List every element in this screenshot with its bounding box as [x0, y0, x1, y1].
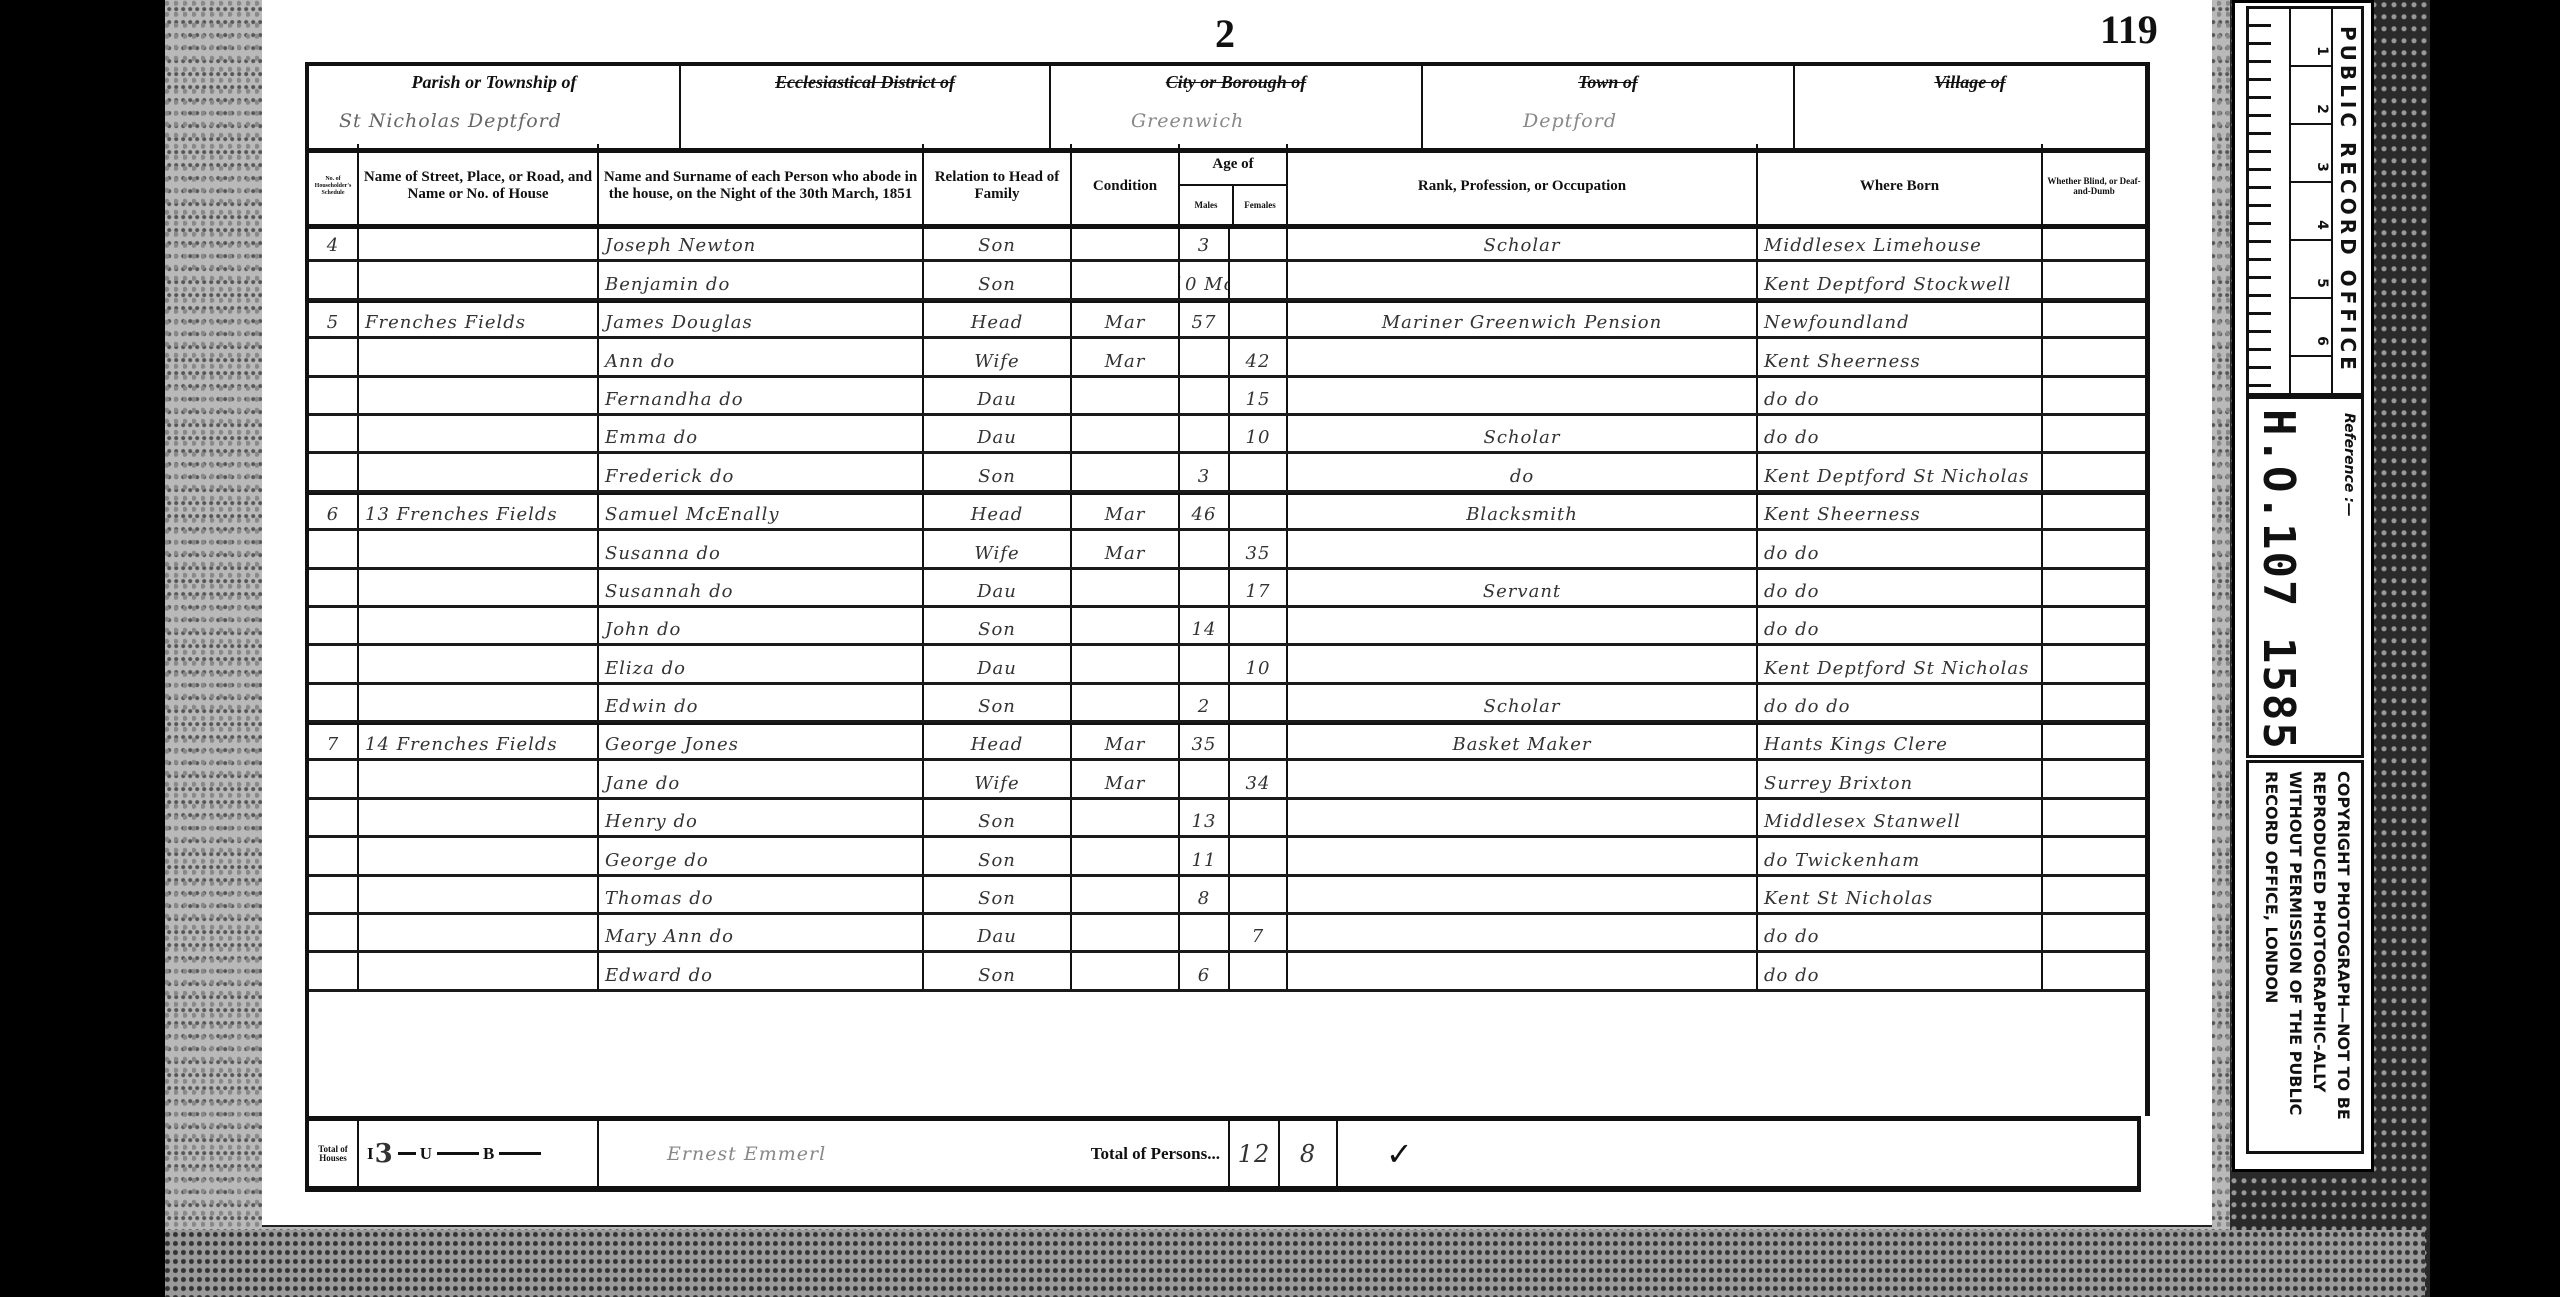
cell-name: Mary Ann do [599, 915, 924, 950]
cell-street [359, 877, 599, 912]
col-blind: Whether Blind, or Deaf-and-Dumb [2043, 144, 2145, 224]
cell-relation: Son [924, 877, 1072, 912]
col-schedule: No. of Householder's Schedule [309, 144, 359, 224]
cell-occupation [1288, 953, 1758, 988]
cell-male-age [1180, 761, 1230, 796]
entry-where-born: Kent Deptford Stockwell [1764, 274, 2011, 295]
cell-street: 14 Frenches Fields [359, 725, 599, 758]
persons-label-cell: Ernest Emmerl Total of Persons... [599, 1121, 1230, 1186]
cell-name: Susanna do [599, 531, 924, 566]
cell-female-age [1230, 608, 1288, 643]
table-row: Edwin do Son 2 Scholar do do do [309, 685, 2145, 723]
cell-occupation: do [1288, 454, 1758, 489]
entry-male-age: 6 [1198, 965, 1210, 986]
entry-male-age: 10 Mo [1180, 274, 1230, 295]
cell-schedule [309, 608, 359, 643]
cell-male-age: 13 [1180, 800, 1230, 835]
parish-label: Parish or Township of [309, 66, 679, 93]
cell-condition [1072, 608, 1180, 643]
entry-male-age: 11 [1192, 850, 1217, 871]
cell-relation: Head [924, 725, 1072, 758]
entry-occupation: Blacksmith [1466, 504, 1578, 525]
cell-schedule [309, 953, 359, 988]
entry-relation: Son [978, 888, 1016, 909]
table-row: 4 Joseph Newton Son 3 Scholar Middlesex … [309, 224, 2145, 262]
entry-relation: Son [978, 235, 1016, 256]
table-row: Ann do Wife Mar 42 Kent Sheerness [309, 339, 2145, 377]
eccl-district-label: Ecclesiastical District of [681, 66, 1049, 93]
entry-name: George do [605, 850, 709, 871]
entry-name: Edward do [605, 965, 713, 986]
cell-street [359, 454, 599, 489]
cell-relation: Son [924, 454, 1072, 489]
entry-male-age: 2 [1198, 696, 1210, 717]
cell-name: Susannah do [599, 570, 924, 605]
cell-female-age [1230, 838, 1288, 873]
cell-condition [1072, 454, 1180, 489]
town-field: Town of Deptford [1423, 66, 1795, 148]
location-header: Parish or Township of St Nicholas Deptfo… [305, 62, 2150, 153]
entry-relation: Wife [974, 543, 1019, 564]
cell-occupation [1288, 800, 1758, 835]
entry-where-born: do do [1764, 427, 1819, 448]
cell-where-born: Kent Deptford Stockwell [1758, 262, 2043, 297]
cell-relation: Wife [924, 531, 1072, 566]
entry-name: Thomas do [605, 888, 714, 909]
entry-occupation: Servant [1483, 581, 1561, 602]
entry-name: Jane do [605, 773, 680, 794]
houses-label-cell: Total of Houses [309, 1121, 359, 1186]
cell-relation: Son [924, 953, 1072, 988]
cell-occupation: Basket Maker [1288, 725, 1758, 758]
total-males: 12 [1238, 1140, 1271, 1168]
building-count [499, 1152, 541, 1155]
entry-male-age: 46 [1192, 504, 1217, 525]
entry-name: John do [605, 619, 681, 640]
cell-schedule [309, 646, 359, 681]
cell-street [359, 262, 599, 297]
cell-street [359, 915, 599, 950]
cell-occupation [1288, 339, 1758, 374]
entry-occupation: Scholar [1484, 427, 1561, 448]
cell-male-age [1180, 646, 1230, 681]
cell-blind [2043, 953, 2145, 988]
entry-where-born: Kent Deptford St Nicholas [1764, 466, 2029, 487]
table-row: Mary Ann do Dau 7 do do [309, 915, 2145, 953]
cell-blind [2043, 877, 2145, 912]
entry-relation: Head [971, 734, 1024, 755]
entry-name: Joseph Newton [605, 235, 756, 256]
table-row: Edward do Son 6 do do [309, 953, 2145, 991]
col-condition: Condition [1072, 144, 1180, 224]
total-females: 8 [1300, 1140, 1316, 1168]
cell-blind [2043, 495, 2145, 528]
cell-name: Frederick do [599, 454, 924, 489]
entry-relation: Son [978, 466, 1016, 487]
cell-blind [2043, 224, 2145, 259]
entry-relation: Son [978, 274, 1016, 295]
cell-relation: Son [924, 800, 1072, 835]
uninhabited-count [437, 1152, 479, 1155]
folio-number: 119 [2100, 6, 2158, 53]
cell-schedule: 4 [309, 224, 359, 259]
parish-value: St Nicholas Deptford [339, 110, 562, 132]
cell-occupation [1288, 646, 1758, 681]
cell-schedule: 6 [309, 495, 359, 528]
cell-street [359, 378, 599, 413]
cell-female-age: 42 [1230, 339, 1288, 374]
entry-relation: Son [978, 619, 1016, 640]
entry-where-born: Surrey Brixton [1764, 773, 1913, 794]
table-row: Fernandha do Dau 15 do do [309, 378, 2145, 416]
table-row: Eliza do Dau 10 Kent Deptford St Nichola… [309, 646, 2145, 684]
cell-relation: Dau [924, 378, 1072, 413]
entry-where-born: do do [1764, 581, 1819, 602]
cell-schedule: 7 [309, 725, 359, 758]
entry-where-born: do do [1764, 965, 1819, 986]
cell-schedule [309, 685, 359, 720]
cell-where-born: do do [1758, 915, 2043, 950]
cell-female-age [1230, 262, 1288, 297]
cell-street [359, 838, 599, 873]
total-males-cell: 12 [1230, 1121, 1280, 1186]
col-where-born: Where Born [1758, 144, 2043, 224]
copyright-box: COPYRIGHT PHOTOGRAPH—NOT TO BE REPRODUCE… [2246, 760, 2364, 1154]
pro-office-title: PUBLIC RECORD OFFICE [2333, 15, 2363, 385]
cell-where-born: Hants Kings Clere [1758, 725, 2043, 758]
entry-where-born: do do [1764, 389, 1819, 410]
cell-female-age: 17 [1230, 570, 1288, 605]
entry-relation: Dau [977, 581, 1017, 602]
col-occupation: Rank, Profession, or Occupation [1288, 144, 1758, 224]
cell-occupation: Blacksmith [1288, 495, 1758, 528]
entry-female-age: 15 [1246, 389, 1271, 410]
persons-label: Total of Persons... [1091, 1144, 1220, 1164]
entry-male-age: 8 [1198, 888, 1210, 909]
entry-relation: Head [971, 312, 1024, 333]
cell-where-born: Surrey Brixton [1758, 761, 2043, 796]
cell-condition [1072, 915, 1180, 950]
cell-name: Benjamin do [599, 262, 924, 297]
entry-male-age: 14 [1192, 619, 1217, 640]
cell-name: John do [599, 608, 924, 643]
cell-schedule [309, 262, 359, 297]
entry-relation: Dau [977, 926, 1017, 947]
cell-where-born: do do [1758, 570, 2043, 605]
entry-condition: Mar [1105, 543, 1146, 564]
cell-blind [2043, 303, 2145, 336]
town-label: Town of [1423, 66, 1793, 93]
entry-condition: Mar [1105, 504, 1146, 525]
table-row: Susannah do Dau 17 Servant do do [309, 570, 2145, 608]
cell-name: Ann do [599, 339, 924, 374]
entry-name: James Douglas [605, 312, 753, 333]
cell-schedule [309, 531, 359, 566]
entry-name: Emma do [605, 427, 698, 448]
entry-relation: Head [971, 504, 1024, 525]
cell-relation: Son [924, 608, 1072, 643]
borough-label: City or Borough of [1051, 66, 1421, 93]
cell-condition [1072, 570, 1180, 605]
cell-street [359, 224, 599, 259]
cell-relation: Dau [924, 416, 1072, 451]
enumerator-note: Ernest Emmerl [667, 1143, 826, 1165]
cell-male-age: 14 [1180, 608, 1230, 643]
cell-relation: Dau [924, 915, 1072, 950]
cell-blind [2043, 725, 2145, 758]
cell-where-born: do do [1758, 531, 2043, 566]
cell-female-age: 15 [1230, 378, 1288, 413]
cell-male-age: 57 [1180, 303, 1230, 336]
cell-name: Jane do [599, 761, 924, 796]
cell-relation: Son [924, 838, 1072, 873]
entry-relation: Son [978, 850, 1016, 871]
cell-relation: Head [924, 303, 1072, 336]
reference-caption: Reference :— [2341, 413, 2357, 517]
entry-condition: Mar [1105, 734, 1146, 755]
cell-occupation: Mariner Greenwich Pension [1288, 303, 1758, 336]
entry-female-age: 34 [1246, 773, 1271, 794]
col-street: Name of Street, Place, or Road, and Name… [359, 144, 599, 224]
entry-schedule: 5 [327, 312, 339, 333]
entry-where-born: Middlesex Stanwell [1764, 811, 1961, 832]
cell-blind [2043, 608, 2145, 643]
cell-street [359, 646, 599, 681]
cell-blind [2043, 454, 2145, 489]
borough-field: City or Borough of Greenwich [1051, 66, 1423, 148]
cell-name: Edwin do [599, 685, 924, 720]
entry-street: 14 Frenches Fields [365, 734, 558, 755]
cell-condition [1072, 800, 1180, 835]
cell-schedule [309, 416, 359, 451]
cell-street [359, 531, 599, 566]
cell-condition: Mar [1072, 531, 1180, 566]
cell-blind [2043, 915, 2145, 950]
cell-male-age [1180, 531, 1230, 566]
entry-male-age: 3 [1198, 235, 1210, 256]
table-row: John do Son 14 do do [309, 608, 2145, 646]
entry-female-age: 10 [1246, 658, 1271, 679]
entry-male-age: 13 [1192, 811, 1217, 832]
cell-female-age [1230, 454, 1288, 489]
village-label: Village of [1795, 66, 2145, 93]
cell-occupation [1288, 608, 1758, 643]
cell-occupation: Scholar [1288, 685, 1758, 720]
cell-where-born: Newfoundland [1758, 303, 2043, 336]
table-row: Thomas do Son 8 Kent St Nicholas [309, 877, 2145, 915]
cell-name: Thomas do [599, 877, 924, 912]
cell-where-born: do Twickenham [1758, 838, 2043, 873]
cell-occupation [1288, 531, 1758, 566]
cell-female-age [1230, 303, 1288, 336]
cell-schedule [309, 339, 359, 374]
cell-condition [1072, 877, 1180, 912]
cell-male-age [1180, 915, 1230, 950]
entry-name: Ann do [605, 351, 675, 372]
cell-condition [1072, 224, 1180, 259]
entry-male-age: 3 [1198, 466, 1210, 487]
entry-male-age: 57 [1192, 312, 1217, 333]
cell-blind [2043, 531, 2145, 566]
cell-where-born: do do [1758, 953, 2043, 988]
cell-street: Frenches Fields [359, 303, 599, 336]
cell-occupation: Scholar [1288, 416, 1758, 451]
cell-relation: Son [924, 224, 1072, 259]
entry-occupation: Scholar [1484, 696, 1561, 717]
cell-male-age: 6 [1180, 953, 1230, 988]
cell-street [359, 953, 599, 988]
table-row: Henry do Son 13 Middlesex Stanwell [309, 800, 2145, 838]
cell-schedule [309, 800, 359, 835]
table-row: 5 Frenches Fields James Douglas Head Mar… [309, 301, 2145, 339]
cell-where-born: Kent Deptford St Nicholas [1758, 454, 2043, 489]
cell-relation: Son [924, 262, 1072, 297]
entry-female-age: 35 [1246, 543, 1271, 564]
cell-where-born: do do [1758, 378, 2043, 413]
table-row: Emma do Dau 10 Scholar do do [309, 416, 2145, 454]
entry-female-age: 10 [1246, 427, 1271, 448]
entry-where-born: do do [1764, 619, 1819, 640]
cell-occupation: Servant [1288, 570, 1758, 605]
cell-name: James Douglas [599, 303, 924, 336]
cell-street [359, 800, 599, 835]
entry-occupation: Mariner Greenwich Pension [1382, 312, 1663, 333]
cell-condition: Mar [1072, 725, 1180, 758]
table-row: George do Son 11 do Twickenham [309, 838, 2145, 876]
cell-female-age: 10 [1230, 416, 1288, 451]
cell-schedule [309, 378, 359, 413]
cell-where-born: Middlesex Stanwell [1758, 800, 2043, 835]
cell-where-born: Kent Sheerness [1758, 495, 2043, 528]
cell-schedule [309, 761, 359, 796]
entry-name: Henry do [605, 811, 698, 832]
entry-female-age: 7 [1252, 926, 1264, 947]
cell-occupation [1288, 262, 1758, 297]
entry-relation: Son [978, 965, 1016, 986]
cell-condition: Mar [1072, 303, 1180, 336]
cell-schedule [309, 570, 359, 605]
cell-street [359, 761, 599, 796]
entry-schedule: 7 [327, 734, 339, 755]
town-value: Deptford [1523, 110, 1617, 132]
cell-blind [2043, 838, 2145, 873]
cell-street [359, 570, 599, 605]
entry-schedule: 4 [327, 235, 339, 256]
ruler-scale: 1 2 3 4 5 6 PUBLIC RECORD OFFICE [2246, 6, 2364, 396]
entry-street: Frenches Fields [365, 312, 526, 333]
cell-occupation [1288, 838, 1758, 873]
totals-remainder: ✓ [1338, 1121, 2137, 1186]
cell-occupation [1288, 877, 1758, 912]
entry-name: Mary Ann do [605, 926, 734, 947]
cell-name: George do [599, 838, 924, 873]
cell-name: George Jones [599, 725, 924, 758]
cell-relation: Wife [924, 761, 1072, 796]
cell-blind [2043, 378, 2145, 413]
houses-label: Total of Houses [317, 1145, 349, 1163]
cell-condition [1072, 838, 1180, 873]
cell-street [359, 608, 599, 643]
cell-schedule [309, 454, 359, 489]
entry-where-born: do do do [1764, 696, 1851, 717]
cell-schedule [309, 877, 359, 912]
cell-where-born: do do [1758, 416, 2043, 451]
check-mark: ✓ [1386, 1135, 1413, 1173]
table-row: Benjamin do Son 10 Mo Kent Deptford Stoc… [309, 262, 2145, 300]
parish-field: Parish or Township of St Nicholas Deptfo… [309, 66, 681, 148]
cell-relation: Head [924, 495, 1072, 528]
total-females-cell: 8 [1280, 1121, 1338, 1186]
cell-female-age [1230, 495, 1288, 528]
cell-condition [1072, 685, 1180, 720]
col-age: Age of Males Females [1180, 144, 1288, 224]
cell-female-age [1230, 953, 1288, 988]
entry-female-age: 42 [1246, 351, 1271, 372]
cell-male-age: 3 [1180, 224, 1230, 259]
cell-female-age [1230, 800, 1288, 835]
copyright-notice: COPYRIGHT PHOTOGRAPH—NOT TO BE REPRODUCE… [2259, 771, 2355, 1147]
entry-name: George Jones [605, 734, 739, 755]
entry-where-born: do do [1764, 543, 1819, 564]
houses-counts: I 3 U B [359, 1121, 599, 1186]
cell-condition: Mar [1072, 495, 1180, 528]
cell-male-age: 10 Mo [1180, 262, 1230, 297]
entry-relation: Dau [977, 389, 1017, 410]
cell-occupation [1288, 915, 1758, 950]
entry-where-born: Hants Kings Clere [1764, 734, 1948, 755]
entry-where-born: Newfoundland [1764, 312, 1910, 333]
reference-number: H.O.107 1585 [2253, 409, 2303, 751]
entry-where-born: Kent Sheerness [1764, 351, 1921, 372]
col-age-title: Age of [1180, 144, 1286, 186]
entry-relation: Wife [974, 351, 1019, 372]
cell-condition [1072, 416, 1180, 451]
cell-male-age [1180, 570, 1230, 605]
entry-relation: Dau [977, 658, 1017, 679]
cell-schedule: 5 [309, 303, 359, 336]
scan-bottom-edge [165, 1230, 2425, 1297]
cell-male-age: 3 [1180, 454, 1230, 489]
uninhabited-prefix: U [420, 1144, 433, 1164]
entry-occupation: do [1510, 466, 1534, 487]
borough-value: Greenwich [1131, 110, 1244, 132]
entry-female-age: 17 [1246, 581, 1271, 602]
cell-street [359, 339, 599, 374]
census-entries: 4 Joseph Newton Son 3 Scholar Middlesex … [305, 224, 2150, 1116]
col-relation: Relation to Head of Family [924, 144, 1072, 224]
entry-name: Frederick do [605, 466, 734, 487]
entry-occupation: Basket Maker [1452, 734, 1591, 755]
cell-street: 13 Frenches Fields [359, 495, 599, 528]
cell-where-born: Kent St Nicholas [1758, 877, 2043, 912]
cell-male-age [1180, 339, 1230, 374]
cell-male-age: 46 [1180, 495, 1230, 528]
cell-male-age: 11 [1180, 838, 1230, 873]
cell-where-born: Middlesex Limehouse [1758, 224, 2043, 259]
cell-condition: Mar [1072, 339, 1180, 374]
col-females: Females [1234, 186, 1286, 224]
cell-condition [1072, 646, 1180, 681]
entry-where-born: do Twickenham [1764, 850, 1920, 871]
entry-name: Edwin do [605, 696, 699, 717]
cell-female-age [1230, 877, 1288, 912]
cell-name: Samuel McEnally [599, 495, 924, 528]
cell-condition [1072, 953, 1180, 988]
cell-female-age: 10 [1230, 646, 1288, 681]
entry-condition: Mar [1105, 773, 1146, 794]
cell-blind [2043, 685, 2145, 720]
cell-male-age [1180, 378, 1230, 413]
